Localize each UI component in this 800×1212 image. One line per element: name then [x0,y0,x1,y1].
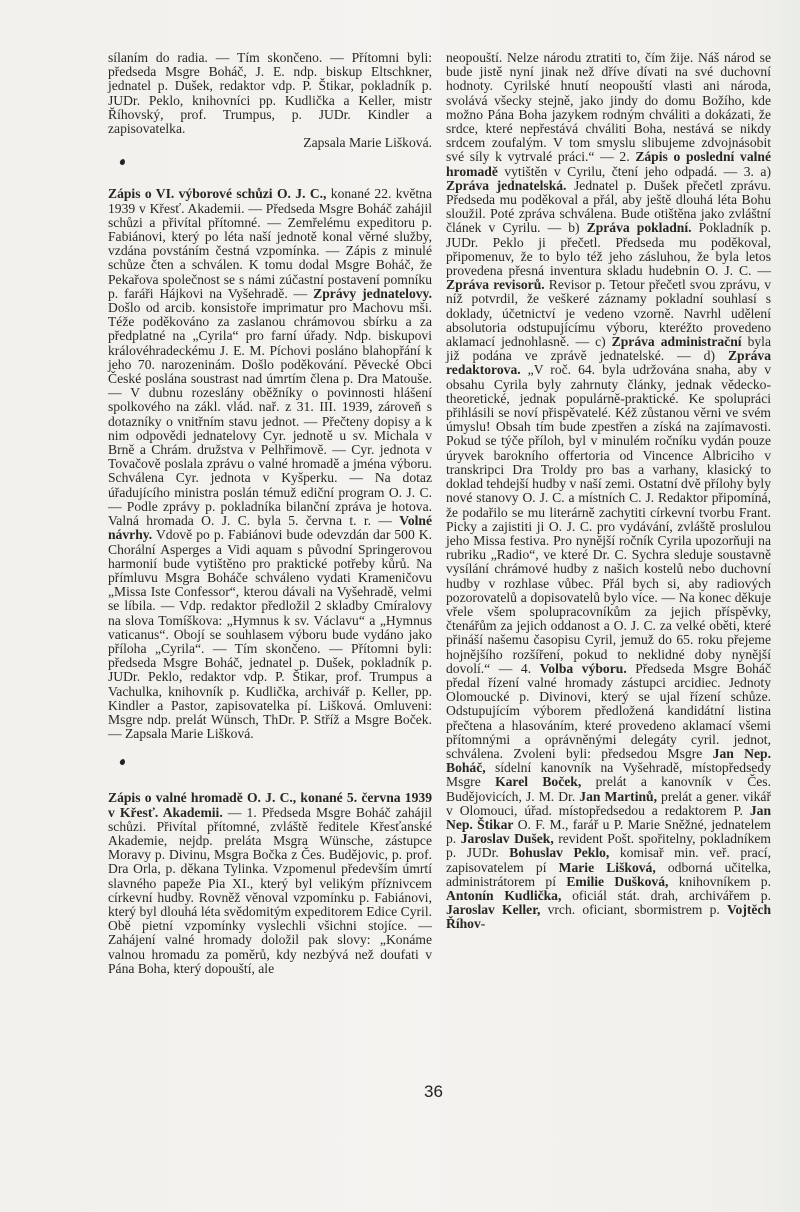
section-heading: Zápis o VI. výborové schůzi O. J. C., [108,186,326,201]
signature: Zapsala Marie Lišková. [108,136,432,150]
paragraph-closing-previous: sílaním do radia. — Tím skončeno. — Přít… [108,51,432,136]
left-column: sílaním do radia. — Tím skončeno. — Přít… [108,51,432,976]
paragraph-general-assembly-minutes: Zápis o valné hromadě O. J. C., konané 5… [108,791,432,976]
paragraph-general-assembly-continued: neopouští. Nelze národu ztratiti to, čím… [446,51,771,932]
page-number: 36 [424,1082,443,1102]
paragraph-vi-committee-minutes: Zápis o VI. výborové schůzi O. J. C., ko… [108,187,432,741]
right-column: neopouští. Nelze národu ztratiti to, čím… [446,51,771,932]
document-page: sílaním do radia. — Tím skončeno. — Přít… [0,0,800,1212]
subheading-secretary-reports: Zprávy jednatelovy. [313,286,432,301]
